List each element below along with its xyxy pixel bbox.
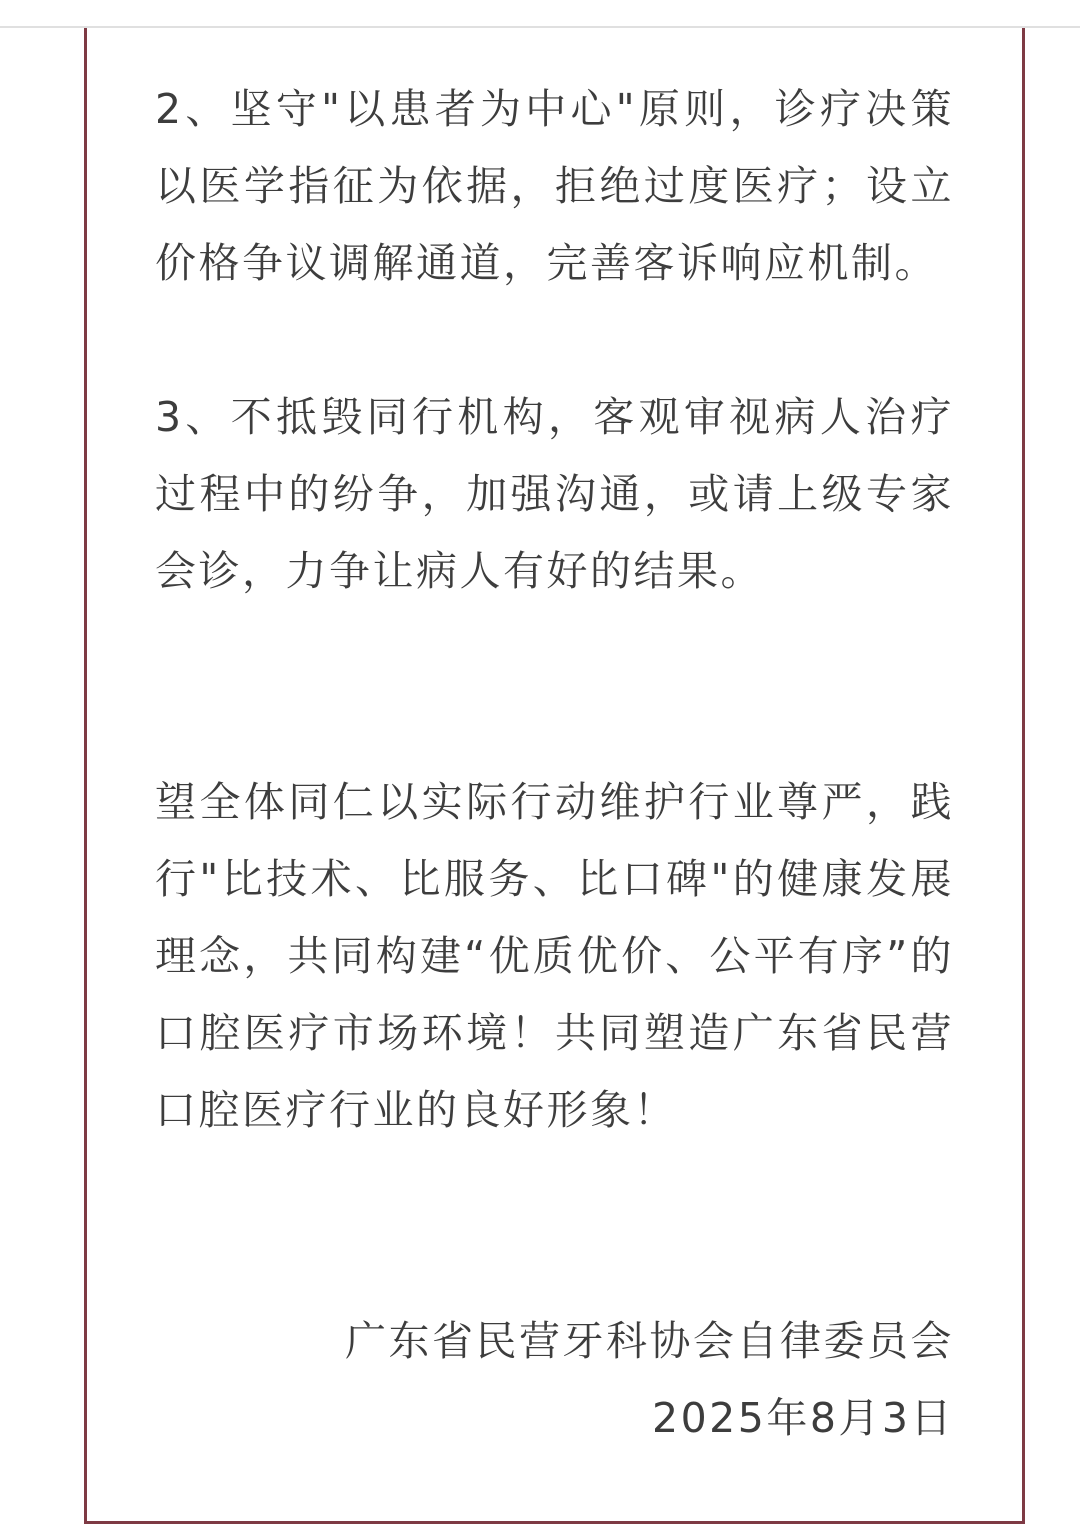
- clause-3-paragraph: 3、不抵毁同行机构，客观审视病人治疗过程中的纷争，加强沟通，或请上级专家会诊，力…: [155, 379, 954, 610]
- closing-paragraph: 望全体同仁以实际行动维护行业尊严，践行"比技术、比服务、比口碑"的健康发展理念，…: [155, 764, 954, 1149]
- article-page: 2、坚守"以患者为中心"原则，诊疗决策以医学指征为依据，拒绝过度医疗；设立价格争…: [0, 0, 1080, 1532]
- date-line: 2025年8月3日: [155, 1380, 954, 1457]
- letter-body: 2、坚守"以患者为中心"原则，诊疗决策以医学指征为依据，拒绝过度医疗；设立价格争…: [87, 28, 1022, 1457]
- clause-2-paragraph: 2、坚守"以患者为中心"原则，诊疗决策以医学指征为依据，拒绝过度医疗；设立价格争…: [155, 71, 954, 302]
- signature-line: 广东省民营牙科协会自律委员会: [155, 1303, 954, 1380]
- letter-frame: 2、坚守"以患者为中心"原则，诊疗决策以医学指征为依据，拒绝过度医疗；设立价格争…: [84, 28, 1025, 1524]
- signature-block: 广东省民营牙科协会自律委员会 2025年8月3日: [155, 1303, 954, 1457]
